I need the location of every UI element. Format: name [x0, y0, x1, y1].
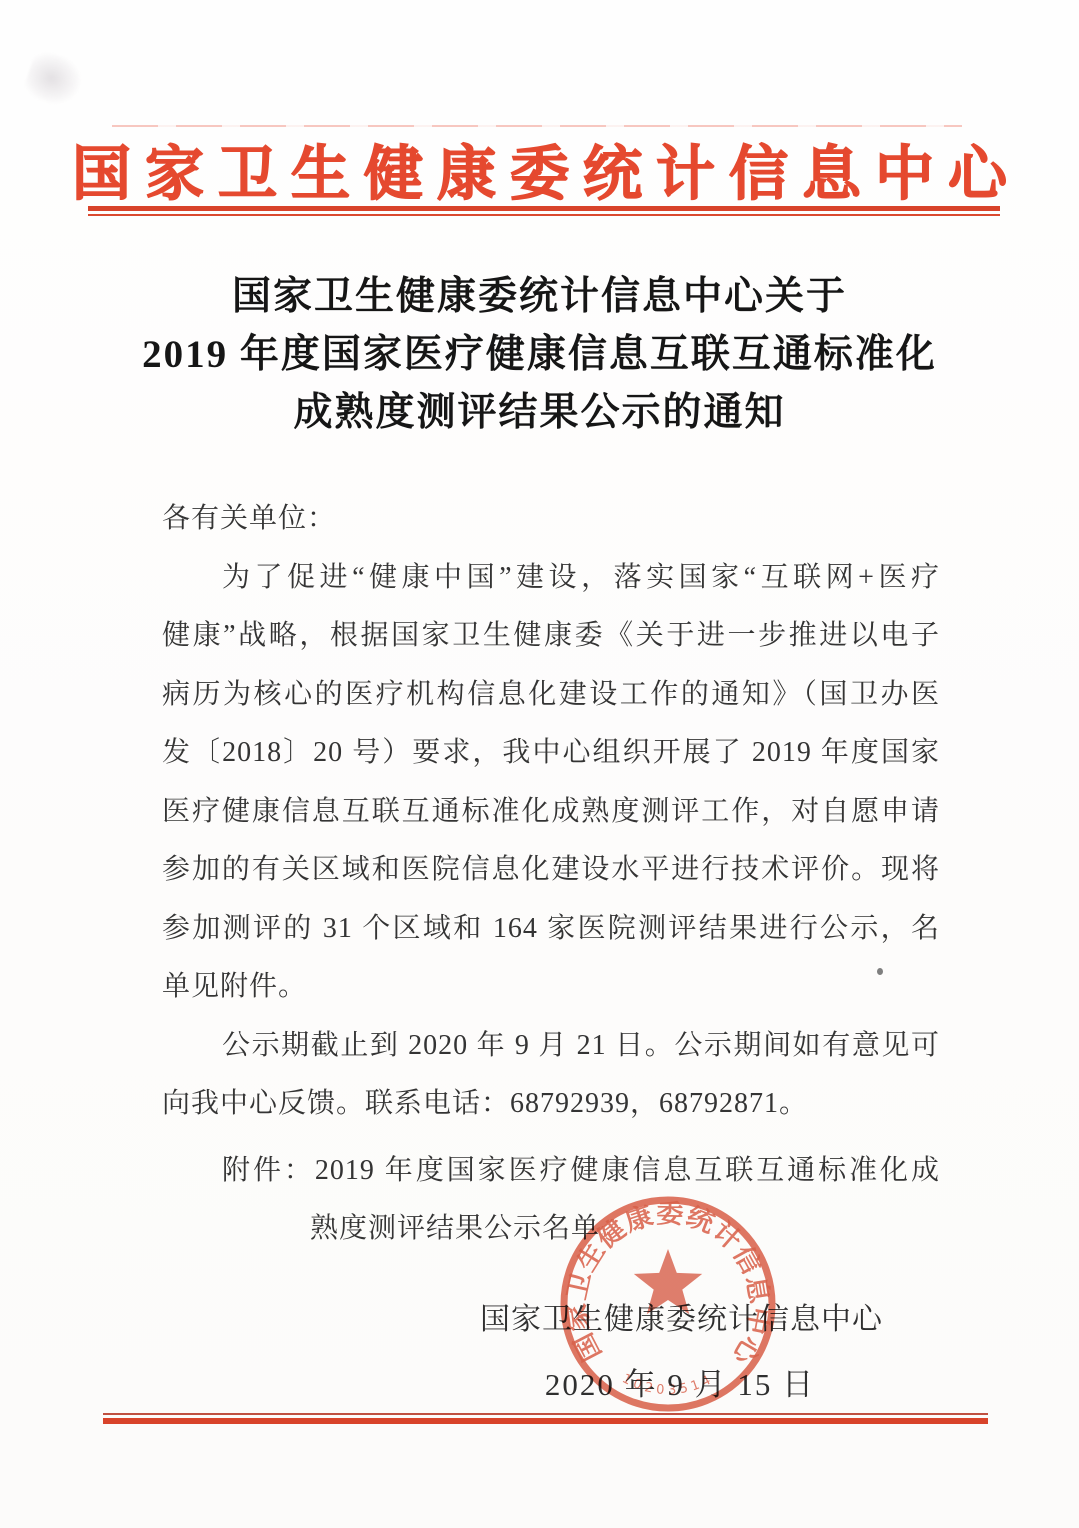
scanned-notice-page: 国家卫生健康委统计信息中心 国家卫生健康委统计信息中心关于 2019 年度国家医… [0, 0, 1079, 1528]
official-seal-stamp: 国家卫生健康委统计信息中心 1020351415 [552, 1188, 784, 1420]
footer-rule-thin [103, 1413, 988, 1415]
body-line: 健康”战略，根据国家卫生健康委《关于进一步推进以电子 [162, 607, 940, 666]
body-line: 医疗健康信息互联互通标准化成熟度测评工作，对自愿申请 [162, 783, 940, 842]
attachment-line: 熟度测评结果公示名单 [162, 1200, 940, 1258]
document-title: 国家卫生健康委统计信息中心关于 2019 年度国家医疗健康信息互联互通标准化 成… [0, 268, 1079, 442]
body-line: 病历为核心的医疗机构信息化建设工作的通知》（国卫办医 [162, 666, 940, 725]
body-line: 公示期截止到 2020 年 9 月 21 日。公示期间如有意见可 [162, 1017, 940, 1076]
seal-star-icon [634, 1249, 702, 1314]
document-title-line-1: 国家卫生健康委统计信息中心关于 [0, 268, 1079, 326]
document-title-line-3: 成熟度测评结果公示的通知 [0, 384, 1079, 442]
attachment-section: 附件：2019 年度国家医疗健康信息互联互通标准化成 熟度测评结果公示名单 [162, 1142, 940, 1258]
body-line: 向我中心反馈。联系电话：68792939，68792871。 [162, 1075, 940, 1134]
body-line: 发〔2018〕20 号）要求，我中心组织开展了 2019 年度国家 [162, 724, 940, 783]
body-line: 单见附件。 [162, 958, 940, 1017]
footer-rule-thick [103, 1418, 988, 1424]
body-line: 参加的有关区域和医院信息化建设水平进行技术评价。现将 [162, 841, 940, 900]
attachment-line: 附件：2019 年度国家医疗健康信息互联互通标准化成 [162, 1142, 940, 1200]
scan-smudge-artifact [22, 48, 86, 110]
document-title-line-2: 2019 年度国家医疗健康信息互联互通标准化 [0, 326, 1079, 384]
scan-dot-artifact [877, 968, 883, 975]
body-line: 为了促进“健康中国”建设，落实国家“互联网+医疗 [162, 549, 940, 608]
body-line: 参加测评的 31 个区域和 164 家医院测评结果进行公示，名 [162, 900, 940, 959]
notice-body: 各有关单位： 为了促进“健康中国”建设，落实国家“互联网+医疗 健康”战略，根据… [162, 490, 940, 1134]
salutation: 各有关单位： [162, 490, 940, 549]
letterhead-rule-thin [88, 214, 1000, 216]
letterhead-title: 国家卫生健康委统计信息中心 [0, 126, 1079, 211]
letterhead-rule-thick [88, 206, 1000, 211]
